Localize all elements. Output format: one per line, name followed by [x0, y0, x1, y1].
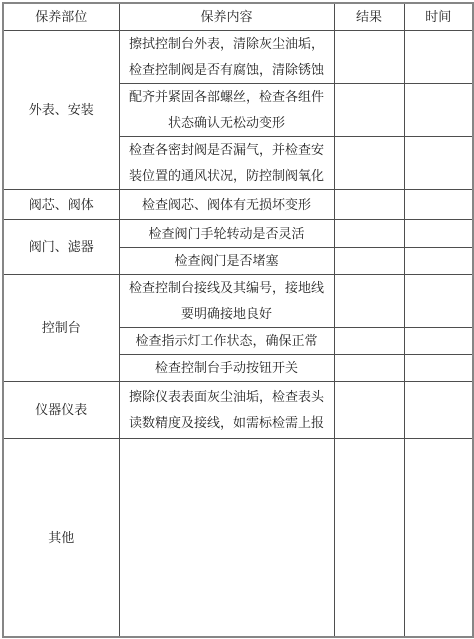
content-line: 读数精度及接线，如需标检需上报 — [122, 410, 332, 436]
content-cell: 检查控制台接线及其编号，接地线 要明确接地良好 — [119, 275, 334, 328]
header-result: 结果 — [334, 3, 404, 31]
header-content: 保养内容 — [119, 3, 334, 31]
time-cell — [404, 439, 473, 638]
result-cell — [334, 355, 404, 382]
content-line: 检查阀门是否堵塞 — [122, 248, 332, 274]
time-cell — [404, 84, 473, 137]
result-cell — [334, 137, 404, 190]
part-cell-other: 其他 — [3, 439, 119, 638]
content-cell: 检查各密封阀是否漏气，并检查安 装位置的通风状况，防控制阀氧化 — [119, 137, 334, 190]
table-header-row: 保养部位 保养内容 结果 时间 — [3, 3, 473, 31]
part-cell-valve-filter: 阀门、滤器 — [3, 220, 119, 275]
content-line: 配齐并紧固各部螺丝，检查各组件 — [122, 84, 332, 110]
result-cell — [334, 248, 404, 275]
result-cell — [334, 328, 404, 355]
time-cell — [404, 355, 473, 382]
content-line: 要明确接地良好 — [122, 301, 332, 327]
content-cell: 检查控制台手动按钮开关 — [119, 355, 334, 382]
part-cell-valve-core-body: 阀芯、阀体 — [3, 190, 119, 220]
result-cell — [334, 190, 404, 220]
result-cell — [334, 439, 404, 638]
content-line: 检查控制台接线及其编号，接地线 — [122, 275, 332, 301]
table-row: 控制台 检查控制台接线及其编号，接地线 要明确接地良好 — [3, 275, 473, 328]
header-part: 保养部位 — [3, 3, 119, 31]
result-cell — [334, 31, 404, 84]
content-cell: 擦拭控制台外表，清除灰尘油垢， 检查控制阀是否有腐蚀，清除锈蚀 — [119, 31, 334, 84]
table-row: 仪器仪表 擦除仪表表面灰尘油垢，检查表头 读数精度及接线，如需标检需上报 — [3, 382, 473, 439]
content-cell — [119, 439, 334, 638]
content-line: 检查指示灯工作状态，确保正常 — [122, 328, 332, 354]
content-line: 装位置的通风状况，防控制阀氧化 — [122, 163, 332, 189]
table-row: 外表、安装 擦拭控制台外表，清除灰尘油垢， 检查控制阀是否有腐蚀，清除锈蚀 — [3, 31, 473, 84]
time-cell — [404, 220, 473, 248]
result-cell — [334, 275, 404, 328]
content-line: 检查各密封阀是否漏气，并检查安 — [122, 137, 332, 163]
time-cell — [404, 190, 473, 220]
content-line: 检查阀芯、阀体有无损坏变形 — [122, 192, 332, 218]
content-cell: 检查阀芯、阀体有无损坏变形 — [119, 190, 334, 220]
content-line: 状态确认无松动变形 — [122, 110, 332, 136]
table-row: 阀芯、阀体 检查阀芯、阀体有无损坏变形 — [3, 190, 473, 220]
content-line: 擦除仪表表面灰尘油垢，检查表头 — [122, 384, 332, 410]
content-line: 检查控制阀是否有腐蚀，清除锈蚀 — [122, 57, 332, 83]
part-cell-exterior-installation: 外表、安装 — [3, 31, 119, 190]
content-cell: 检查指示灯工作状态，确保正常 — [119, 328, 334, 355]
content-cell: 配齐并紧固各部螺丝，检查各组件 状态确认无松动变形 — [119, 84, 334, 137]
time-cell — [404, 137, 473, 190]
content-line: 擦拭控制台外表，清除灰尘油垢， — [122, 31, 332, 57]
content-cell: 检查阀门手轮转动是否灵活 — [119, 220, 334, 248]
result-cell — [334, 382, 404, 439]
time-cell — [404, 382, 473, 439]
time-cell — [404, 275, 473, 328]
part-cell-instruments: 仪器仪表 — [3, 382, 119, 439]
content-line: 检查阀门手轮转动是否灵活 — [122, 221, 332, 247]
result-cell — [334, 220, 404, 248]
part-cell-console: 控制台 — [3, 275, 119, 382]
time-cell — [404, 248, 473, 275]
time-cell — [404, 328, 473, 355]
time-cell — [404, 31, 473, 84]
maintenance-table: 保养部位 保养内容 结果 时间 外表、安装 擦拭控制台外表，清除灰尘油垢， 检查… — [2, 2, 474, 638]
result-cell — [334, 84, 404, 137]
table-row: 阀门、滤器 检查阀门手轮转动是否灵活 — [3, 220, 473, 248]
scanned-page: 保养部位 保养内容 结果 时间 外表、安装 擦拭控制台外表，清除灰尘油垢， 检查… — [0, 0, 474, 639]
header-time: 时间 — [404, 3, 473, 31]
content-cell: 检查阀门是否堵塞 — [119, 248, 334, 275]
content-cell: 擦除仪表表面灰尘油垢，检查表头 读数精度及接线，如需标检需上报 — [119, 382, 334, 439]
table-row: 其他 — [3, 439, 473, 638]
content-line: 检查控制台手动按钮开关 — [122, 355, 332, 381]
